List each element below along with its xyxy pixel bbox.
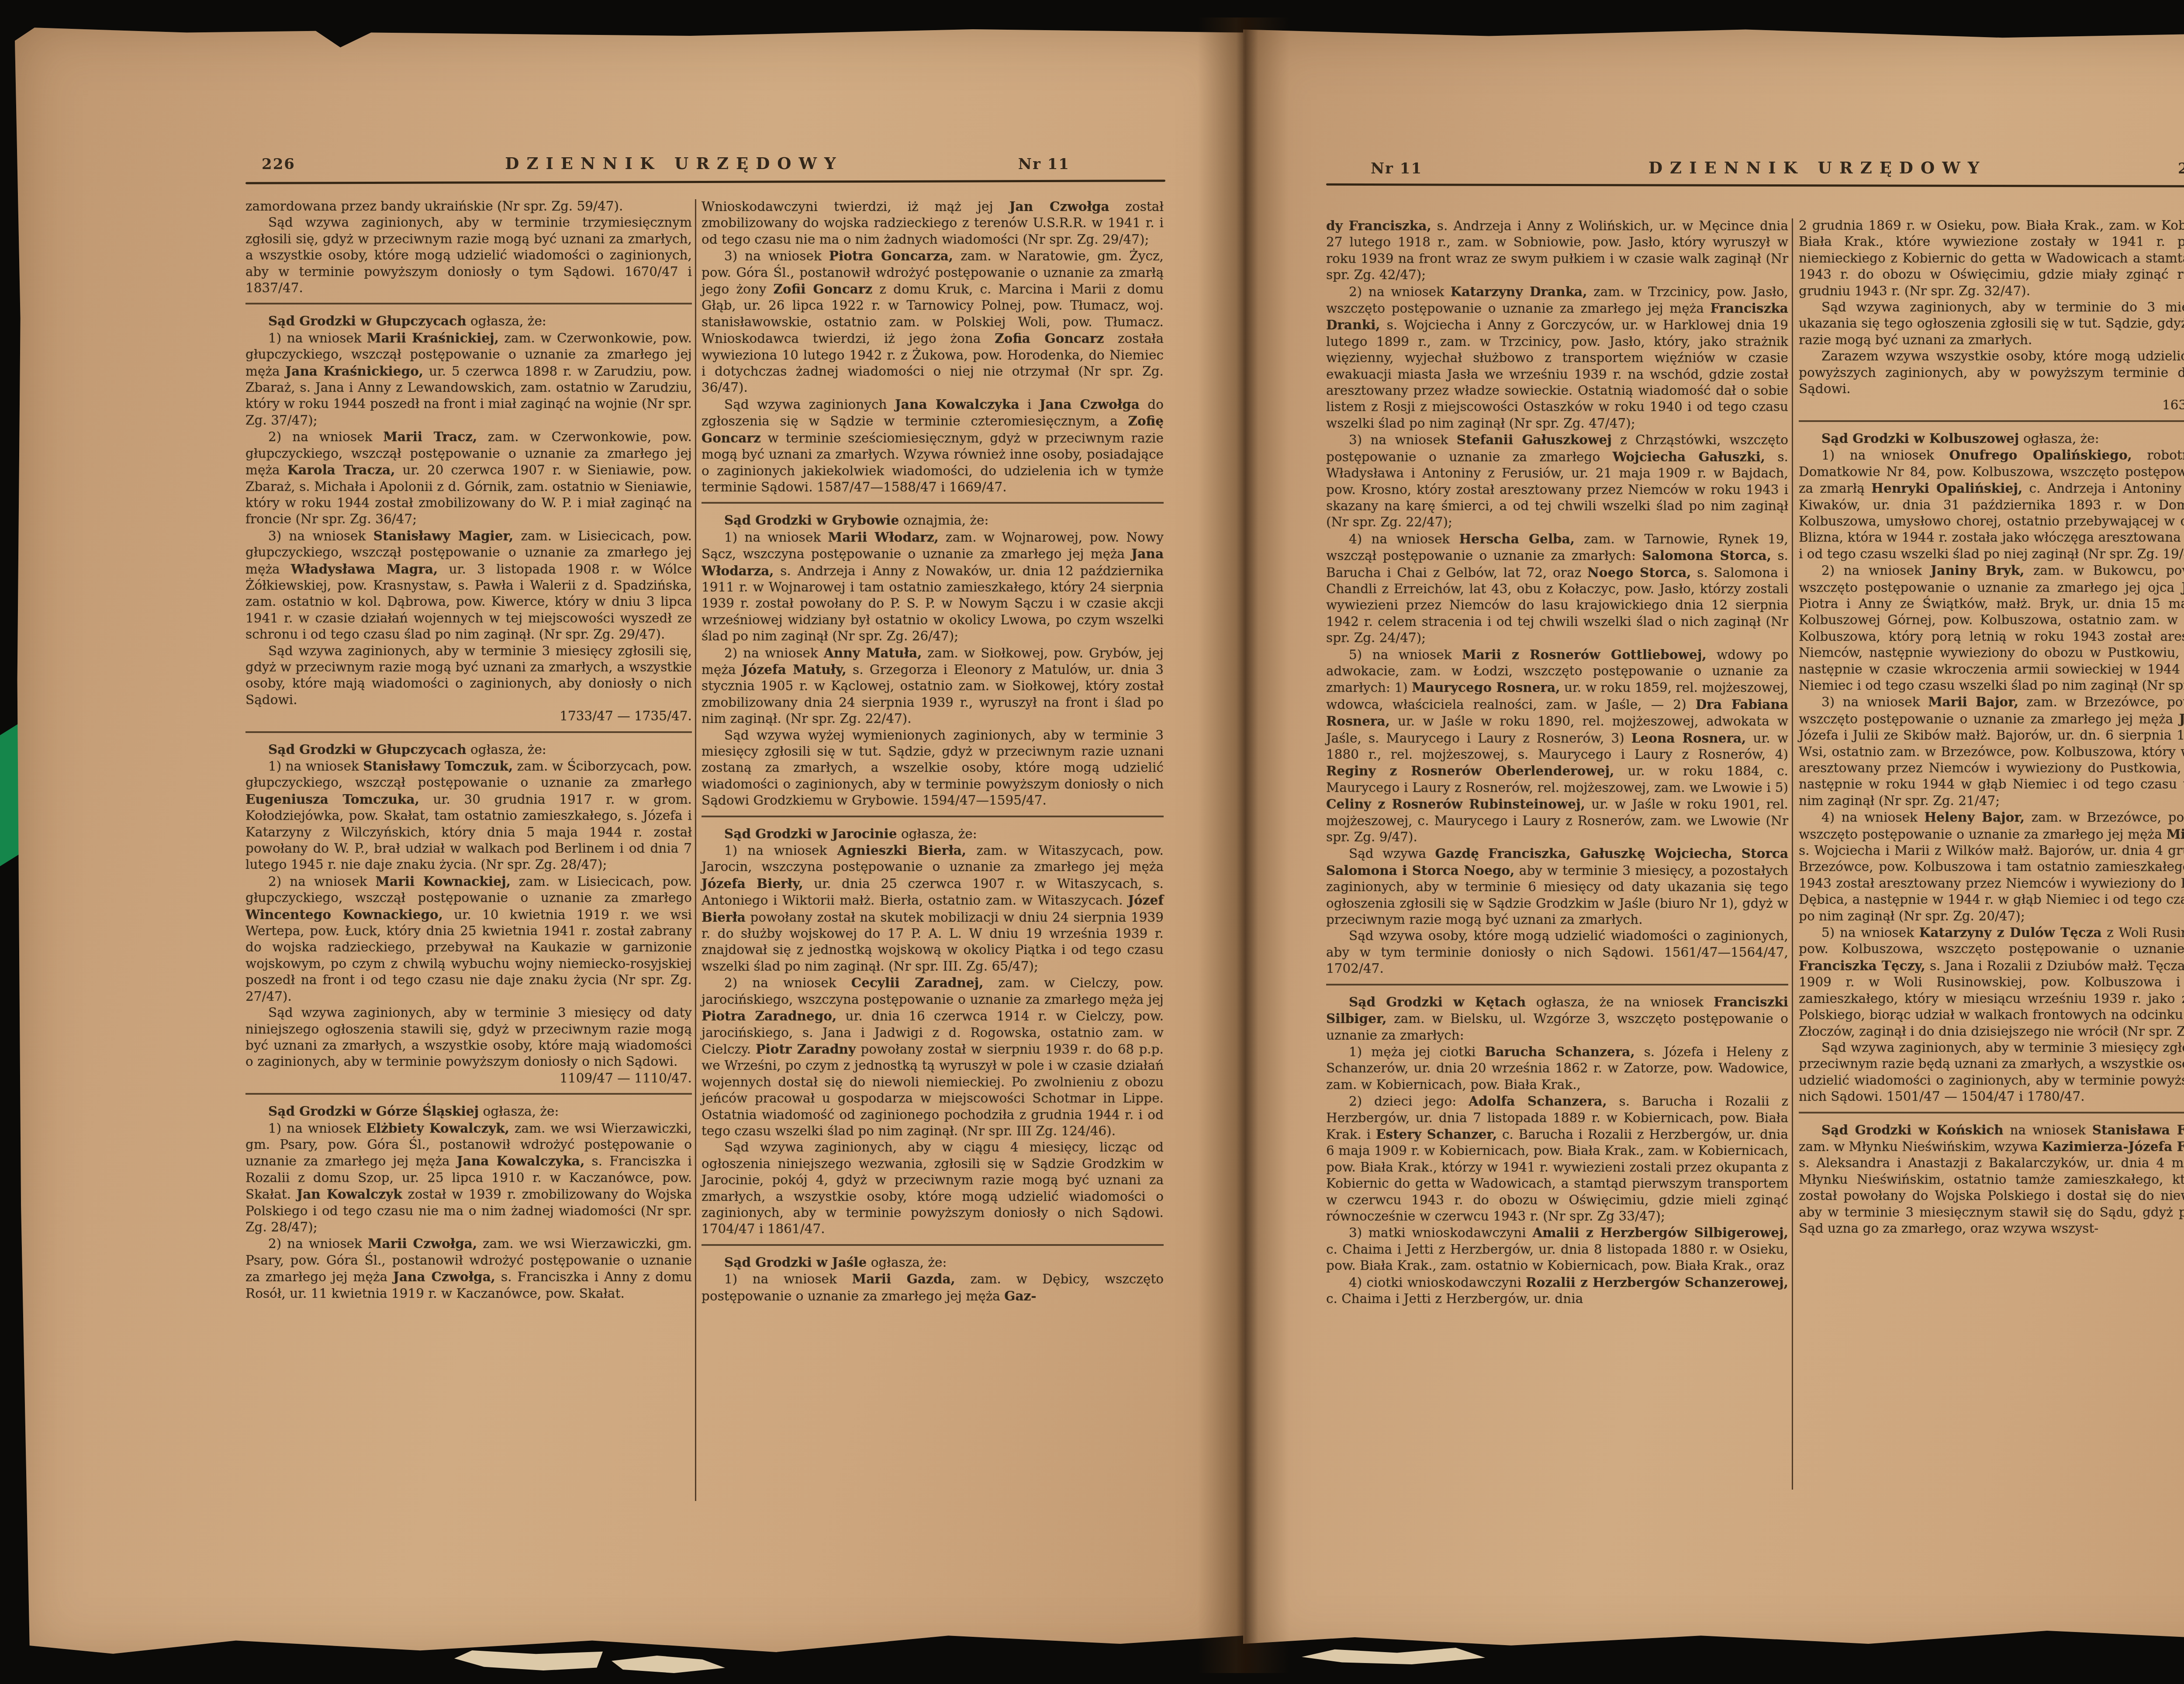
notice-separator-rule [245,731,692,733]
notice-paragraph: 3) na wniosek Stanisławy Magier, zam. w … [245,528,692,643]
notice-paragraph: 1) na wniosek Marii Włodarz, zam. w Wojn… [702,529,1164,645]
notice-paragraph: 1) na wniosek Agnieszki Bierła, zam. w W… [702,842,1164,975]
notice-paragraph: 1) na wniosek Marii Kraśnickiej, zam. w … [245,330,692,429]
right-page-column-1: dy Franciszka, s. Andrzeja i Anny z Woli… [1326,218,1788,1307]
notice-paragraph: Sąd Grodzki w Kolbuszowej ogłasza, że: [1799,430,2184,447]
notice-paragraph: Sąd wzywa zaginionych, aby w terminie 3 … [1799,1040,2184,1105]
notice-paragraph: Sąd wzywa Gazdę Franciszka, Gałuszkę Woj… [1326,845,1788,928]
notice-paragraph: zamordowana przez bandy ukraińskie (Nr s… [245,198,692,214]
notice-paragraph: Sąd wzywa zaginionych, aby w terminie 3 … [245,1005,692,1070]
notice-paragraph: Sąd Grodzki w Grybowie oznajmia, że: [702,512,1164,529]
notice-paragraph: 2) na wniosek Katarzyny Dranka, zam. w T… [1326,284,1788,432]
notice-paragraph: 2) na wniosek Marii Tracz, zam. w Czerwo… [245,429,692,527]
notice-paragraph: 1109/47 — 1110/47. [245,1070,692,1086]
gazette-scan: 226 DZIENNIK URZĘDOWY Nr 11 zamordowana … [0,0,2184,1684]
notice-paragraph: Sąd Grodzki w Jarocinie ogłasza, że: [702,826,1164,842]
column-divider [695,199,696,1501]
journal-title: DZIENNIK URZĘDOWY [1648,158,1987,177]
notice-separator-rule [1326,984,1788,986]
notice-separator-rule [702,502,1164,504]
notice-paragraph: 2) na wniosek Marii Kownackiej, zam. w L… [245,873,692,1005]
notice-paragraph: Sąd wzywa zaginionych, aby w terminie tr… [245,214,692,296]
issue-label: Nr 11 [1018,156,1070,173]
header-rule [245,180,1165,184]
notice-paragraph: Sąd Grodzki w Górze Śląskiej ogłasza, że… [245,1103,692,1120]
notice-paragraph: Sąd Grodzki w Końskich na wniosek Stanis… [1799,1122,2184,1237]
notice-paragraph: dy Franciszka, s. Andrzeja i Anny z Woli… [1326,218,1788,284]
notice-paragraph: 2) na wniosek Janiny Bryk, zam. w Bukowc… [1799,562,2184,694]
notice-paragraph: Wnioskodawczyni twierdzi, iż mąż jej Jan… [702,198,1164,248]
notice-paragraph: Sąd wzywa zaginionych, aby w ciągu 4 mie… [702,1139,1164,1237]
notice-paragraph: Sąd Grodzki w Jaśle ogłasza, że: [702,1254,1164,1271]
notice-separator-rule [702,1244,1164,1246]
notice-paragraph: Sąd wzywa osoby, które mogą udzielić wia… [1326,928,1788,977]
page-number: 226 [262,156,295,173]
notice-paragraph: Zarazem wzywa wszystkie osoby, które mog… [1799,348,2184,397]
page-right: Nr 11 DZIENNIK URZĘDOWY 227 dy Franciszk… [1243,26,2184,1663]
notice-paragraph: Sąd wzywa zaginionych, aby w terminie 3 … [245,643,692,709]
notice-paragraph: 2) na wniosek Cecylii Zaradnej, zam. w C… [702,975,1164,1139]
notice-separator-rule [1799,1112,2184,1113]
notice-paragraph: Sąd wzywa zaginionych Jana Kowalczyka i … [702,396,1164,495]
left-page-column-2: Wnioskodawczyni twierdzi, iż mąż jej Jan… [702,198,1164,1304]
notice-paragraph: 1) na wniosek Onufrego Opalińskiego, rob… [1799,447,2184,562]
header-rule [1326,183,2184,187]
column-divider [1792,218,1793,1490]
notice-paragraph: 4) ciotki wnioskodawczyni Rozalii z Herz… [1326,1274,1788,1307]
notice-paragraph: 1) na wniosek Marii Gazda, zam. w Dębicy… [702,1271,1164,1304]
notice-paragraph: 1) na wniosek Stanisławy Tomczuk, zam. w… [245,758,692,873]
notice-paragraph: 2) na wniosek Anny Matuła, zam. w Siołko… [702,645,1164,727]
torn-paper-shard [1302,1648,1485,1664]
notice-paragraph: 3) na wniosek Stefanii Gałuszkowej z Chr… [1326,432,1788,530]
notice-paragraph: 4) na wniosek Heleny Bajor, zam. w Brzez… [1799,809,2184,924]
left-page-column-1: zamordowana przez bandy ukraińskie (Nr s… [245,198,692,1302]
notice-paragraph: Sąd wzywa wyżej wymienionych zaginionych… [702,727,1164,809]
page-left: 226 DZIENNIK URZĘDOWY Nr 11 zamordowana … [15,23,1243,1665]
torn-paper-shard [454,1650,603,1670]
notice-paragraph: 3) na wniosek Marii Bajor, zam. w Brzezó… [1799,694,2184,809]
page-number: 227 [2178,160,2184,177]
notice-paragraph: 2) na wniosek Marii Czwołga, zam. we wsi… [245,1235,692,1302]
notice-paragraph: 3) matki wnioskodawczyni Amalii z Herzbe… [1326,1224,1788,1274]
issue-label: Nr 11 [1371,160,1422,177]
notice-paragraph: 1) na wniosek Elżbiety Kowalczyk, zam. w… [245,1120,692,1236]
notice-paragraph: Sąd wzywa zaginionych, aby w terminie do… [1799,299,2184,348]
notice-separator-rule [702,816,1164,817]
notice-paragraph: Sąd Grodzki w Głupczycach ogłasza, że: [245,313,692,329]
notice-paragraph: Sąd Grodzki w Głupczycach ogłasza, że: [245,741,692,758]
notice-paragraph: 1) męża jej ciotki Barucha Schanzera, s.… [1326,1044,1788,1093]
notice-paragraph: 1630/47—1631/47. [1799,397,2184,413]
page-header-right: Nr 11 DZIENNIK URZĘDOWY 227 [1371,158,2184,177]
notice-paragraph: Sąd Grodzki w Kętach ogłasza, że na wnio… [1326,994,1788,1044]
journal-title: DZIENNIK URZĘDOWY [505,154,843,173]
right-page-column-2: 2 grudnia 1869 r. w Osieku, pow. Biała K… [1799,218,2184,1237]
notice-paragraph: 5) na wniosek Marii z Rosnerów Gottliebo… [1326,647,1788,846]
notice-separator-rule [245,1093,692,1095]
notice-paragraph: 2 grudnia 1869 r. w Osieku, pow. Biała K… [1799,218,2184,299]
notice-separator-rule [1799,420,2184,422]
notice-separator-rule [245,303,692,304]
notice-paragraph: 1733/47 — 1735/47. [245,708,692,724]
notice-paragraph: 3) na wniosek Piotra Goncarza, zam. w Na… [702,248,1164,396]
notice-paragraph: 5) na wniosek Katarzyny z Dulów Tęcza z … [1799,924,2184,1040]
torn-paper-shard [612,1656,725,1673]
page-header-left: 226 DZIENNIK URZĘDOWY Nr 11 [262,154,1070,173]
notice-paragraph: 2) dzieci jego: Adolfa Schanzera, s. Bar… [1326,1093,1788,1224]
notice-paragraph: 4) na wniosek Herscha Gelba, zam. w Tarn… [1326,531,1788,647]
